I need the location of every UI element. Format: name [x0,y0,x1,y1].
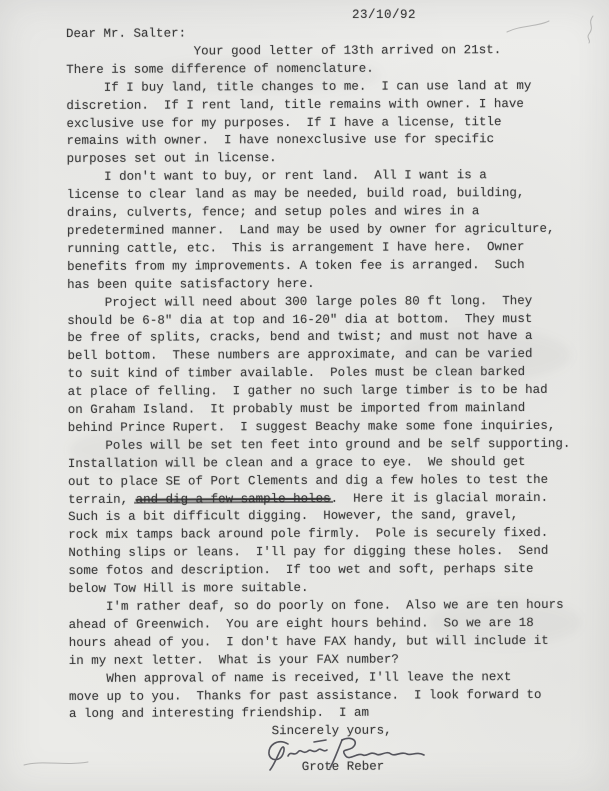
letter-text: has been quite satisfactory here. [67,277,315,292]
letter-text: predetermined manner. Land may be used b… [67,222,555,238]
letter-line: Nothing slips or leans. I'll pay for dig… [68,543,568,563]
letter-line: rock mix tamps back around pole firmly. … [68,525,568,545]
pencil-mark-bottom-left [22,756,94,772]
letter-text: When approval of name is received, I'll … [69,670,512,686]
letter-line: has been quite satisfactory here. [67,275,567,295]
letter-text: running cattle, etc. This is arrangement… [67,240,525,256]
letter-line: exclusive use for my purposes. If I have… [66,113,566,133]
letter-text: Such is a bit difficult digging. However… [68,509,518,525]
letter-text: at place of felling. I gather no such la… [68,383,548,399]
letter-text: below Tow Hill is more suitable. [68,581,308,596]
letter-text: out to place SE of Port Clements and dig… [68,473,548,489]
letter-text: a long and interesting friendship. I am [69,706,369,721]
letter-line: I don't want to buy, or rent land. All I… [67,167,567,187]
scan-smudge [70,430,210,470]
letter-text: discretion. If I rent land, title remain… [66,97,524,113]
scan-smudge [430,600,580,645]
letter-line: remains with owner. I have nonexclusive … [66,131,566,151]
letter-line: move up to you. Thanks for past assistan… [69,686,569,706]
letter-line: a long and interesting friendship. I am [69,704,569,724]
letter-line: license to clear land as may be needed, … [67,185,567,205]
letter-line: running cattle, etc. This is arrangement… [67,239,567,259]
pencil-mark-top-right [505,12,605,46]
letter-text: Project will need about 300 large poles … [67,294,532,310]
letter-text: license to clear land as may be needed, … [67,186,525,202]
letter-line: discretion. If I rent land, title remain… [66,95,566,115]
scan-smudge [150,58,380,92]
letter-text: should be 6-8" dia at top and 16-20" dia… [67,311,532,327]
letter-text: benefits from my improvements. A token f… [67,258,525,274]
letter-text: purposes set out in license. [67,151,277,166]
signature-handwriting [264,735,434,775]
letter-text: I don't want to buy, or rent land. All I… [67,168,487,184]
letter-text: in my next letter. What is your FAX numb… [69,652,399,667]
letter-line: in my next letter. What is your FAX numb… [69,651,569,671]
letter-line: Such is a bit difficult digging. However… [68,507,568,527]
letter-text: . Here it is glacial morain. [331,490,549,505]
letter-line: drains, culverts, fence; and setup poles… [67,203,567,223]
letter-text: some fotos and description. If too wet a… [68,562,533,578]
letter-line: below Tow Hill is more suitable. [68,579,568,599]
letter-line: on Graham Island. It probably must be im… [68,400,568,420]
letter-text: Your good letter of 13th arrived on 21st… [66,43,501,59]
letter-line: Project will need about 300 large poles … [67,292,567,312]
letter-date: 23/10/92 [352,8,416,22]
letter-text: terrain, [68,492,136,506]
letter-line: When approval of name is received, I'll … [69,668,569,688]
letter-line: purposes set out in license. [67,149,567,169]
letter-line: predetermined manner. Land may be used b… [67,221,567,241]
letter-text: Dear Mr. Salter: [66,26,186,41]
letter-scan-page: 23/10/92 Dear Mr. Salter: Your good lett… [0,0,609,791]
letter-text: Nothing slips or leans. I'll pay for dig… [68,544,548,560]
letter-line: at place of felling. I gather no such la… [68,382,568,402]
letter-line: benefits from my improvements. A token f… [67,257,567,277]
letter-line: out to place SE of Port Clements and dig… [68,471,568,491]
letter-line: Dear Mr. Salter: [66,24,566,44]
letter-body: Dear Mr. Salter: Your good letter of 13t… [66,24,569,778]
letter-text: on Graham Island. It probably must be im… [68,401,526,417]
letter-line: terrain, and dig a few sample holes. Her… [68,489,568,509]
struck-text: and dig a few sample holes [136,491,331,506]
letter-line: some fotos and description. If too wet a… [68,561,568,581]
letter-text: rock mix tamps back around pole firmly. … [68,526,548,542]
scan-smudge [400,330,570,380]
letter-text: drains, culverts, fence; and setup poles… [67,204,480,220]
letter-text: move up to you. Thanks for past assistan… [69,687,542,703]
letter-text: exclusive use for my purposes. If I have… [66,115,501,131]
letter-text: remains with owner. I have nonexclusive … [66,133,494,149]
letter-line: should be 6-8" dia at top and 16-20" dia… [67,310,567,330]
